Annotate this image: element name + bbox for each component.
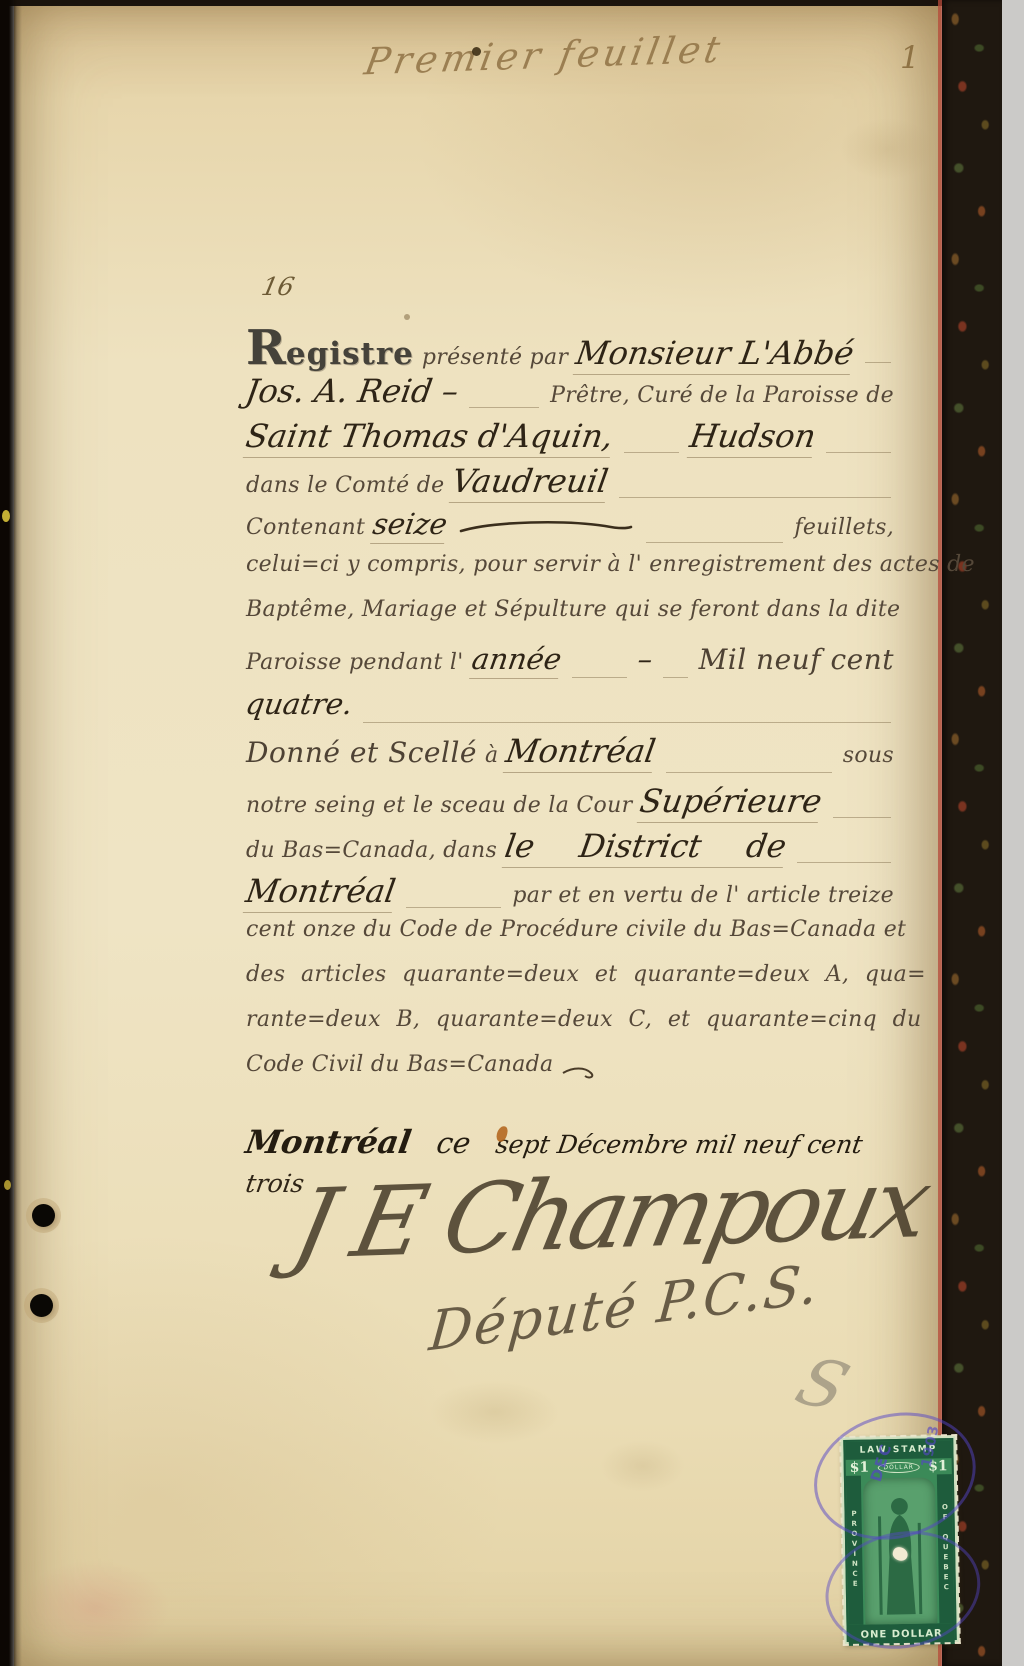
law-stamp: LAW STAMP $1 DOLLAR $1 PROVINCE (840, 1435, 960, 1645)
handwritten-entry: Monsieur L'Abbé (573, 334, 857, 375)
handwritten-entry: le District de (502, 827, 789, 868)
handwritten-ce: ce (434, 1126, 473, 1160)
handwritten-year: trois (244, 1169, 306, 1198)
form-line-county: dans le Comté de Vaudreuil (246, 462, 894, 507)
book-top-edge (0, 0, 1024, 6)
printed-text: sous (843, 743, 894, 768)
form-line-code-procedure: cent onze du Code de Procédure civile du… (246, 917, 894, 962)
registre-title: Registre (246, 320, 414, 376)
blank-rule (572, 673, 627, 678)
blank-rule (826, 448, 891, 453)
printed-text: feuillets, (794, 515, 894, 540)
form-line-folio-count: Contenant seize feuillets, (246, 507, 894, 552)
punch-hole (32, 1204, 55, 1227)
stamp-denomination-word: DOLLAR (877, 1461, 920, 1473)
scanned-register-page: Premier feuillet 1 16 Registre présenté … (0, 0, 1024, 1666)
handwritten-entry: Montréal (243, 872, 399, 913)
printed-text: cent onze du Code de Procédure civile du… (246, 917, 906, 942)
form-line-year-word: quatre. (246, 687, 894, 732)
handwritten-entry: quatre. (243, 687, 355, 721)
printed-text: Contenant (246, 515, 365, 540)
printed-text: celui=ci y compris, pour servir à l' enr… (246, 552, 975, 577)
form-line-cure-name: Jos. A. Reid – Prêtre, Curé de la Parois… (246, 372, 894, 417)
form-line-articles-a: des articles quarante=deux et quarante=d… (246, 962, 894, 1007)
handwritten-entry: Saint Thomas d'Aquin, (243, 417, 616, 458)
printed-text: notre seing et le sceau de la Cour (246, 793, 632, 818)
scanner-background (1002, 0, 1024, 1666)
form-line-registration: celui=ci y compris, pour servir à l' enr… (246, 552, 894, 597)
form-line-district: du Bas=Canada, dans le District de (246, 827, 894, 872)
form-line-court: notre seing et le sceau de la Cour Supér… (246, 782, 894, 827)
law-stamp-design: LAW STAMP $1 DOLLAR $1 PROVINCE (843, 1438, 957, 1642)
blank-rule (406, 903, 501, 908)
form-line-year: Paroisse pendant l' année – Mil neuf cen… (246, 642, 894, 687)
blank-rule (624, 448, 679, 453)
form-line-civil-code: Code Civil du Bas=Canada (246, 1052, 894, 1097)
stamp-middle: PROVINCE OF QUEBEC (846, 1474, 955, 1624)
printed-text: dans le Comté de (246, 473, 444, 498)
form-line-registre: Registre présenté par Monsieur L'Abbé (246, 320, 894, 372)
printed-text: Paroisse pendant l' (246, 650, 464, 675)
printed-text: Baptême, Mariage et Sépulture qui se fer… (246, 597, 900, 622)
form-body: Registre présenté par Monsieur L'Abbé Jo… (246, 320, 894, 1205)
printed-text: Code Civil du Bas=Canada (246, 1052, 553, 1077)
punch-hole (30, 1294, 53, 1317)
signature: J E Champoux (284, 1147, 936, 1282)
blank-rule (797, 858, 891, 863)
stamp-left-column: PROVINCE (846, 1476, 864, 1625)
handwritten-entry: seize (370, 507, 450, 544)
handwritten-entry: Vaudreuil (449, 462, 611, 503)
stamp-bottom-label: ONE DOLLAR (848, 1623, 954, 1646)
printed-text: présenté par (422, 345, 568, 370)
stamp-denomination-right: $1 (928, 1458, 948, 1474)
printed-text: Prêtre, Curé de la Paroisse de (550, 383, 894, 408)
stamp-vignette (863, 1477, 938, 1624)
page-number: 1 (900, 40, 920, 76)
blank-rule (619, 493, 891, 498)
handwritten-entry: Hudson (686, 417, 818, 458)
pen-flourish (455, 519, 635, 541)
blank-rule (646, 538, 784, 543)
printed-text: par et en vertu de l' article treize (512, 883, 894, 908)
blank-rule (833, 813, 891, 818)
blank-rule (663, 673, 688, 678)
form-line-parish: Saint Thomas d'Aquin, Hudson (246, 417, 894, 462)
handwritten-entry: Montréal (503, 732, 659, 773)
stamp-quebec-label: OF QUEBEC (941, 1503, 951, 1593)
stamp-province-label: PROVINCE (850, 1510, 859, 1590)
printed-text: du Bas=Canada, dans (246, 838, 497, 863)
stamp-denomination-row: $1 DOLLAR $1 (846, 1458, 952, 1476)
printed-text: Mil neuf cent (699, 643, 894, 676)
form-line-given-sealed: Donné et Scellé à Montréal sous (246, 732, 894, 782)
registre-rest: egistre (286, 336, 414, 372)
handwritten-entry: année (469, 642, 564, 679)
blank-rule (666, 768, 831, 773)
form-line-montreal: Montréal par et en vertu de l' article t… (246, 872, 894, 917)
printed-text: des articles quarante=deux et quarante=d… (246, 962, 926, 987)
blank-rule (469, 403, 539, 408)
handwritten-place: Montréal (243, 1123, 414, 1161)
stamp-denomination-left: $1 (850, 1460, 870, 1476)
form-line-acts: Baptême, Mariage et Sépulture qui se fer… (246, 597, 894, 642)
printed-text: rante=deux B, quarante=deux C, et quaran… (246, 1007, 921, 1032)
pen-flourish (561, 1065, 601, 1085)
binding-edge (0, 0, 22, 1666)
ornate-initial: R (246, 320, 286, 376)
blank-rule (865, 358, 891, 363)
stamp-top-label: LAW STAMP (845, 1440, 951, 1460)
stamp-right-column: OF QUEBEC (937, 1474, 955, 1623)
handwritten-entry: Jos. A. Reid – (243, 372, 461, 410)
handwritten-entry: Supérieure (637, 782, 825, 823)
handwritten-dash: – (635, 642, 655, 676)
blank-rule (363, 718, 891, 723)
form-line-articles-b: rante=deux B, quarante=deux C, et quaran… (246, 1007, 894, 1052)
printed-text: à (485, 743, 498, 768)
corner-number: 16 (259, 272, 297, 301)
marbled-cover-edge (942, 0, 1002, 1666)
printed-text: Donné et Scellé (246, 736, 477, 769)
